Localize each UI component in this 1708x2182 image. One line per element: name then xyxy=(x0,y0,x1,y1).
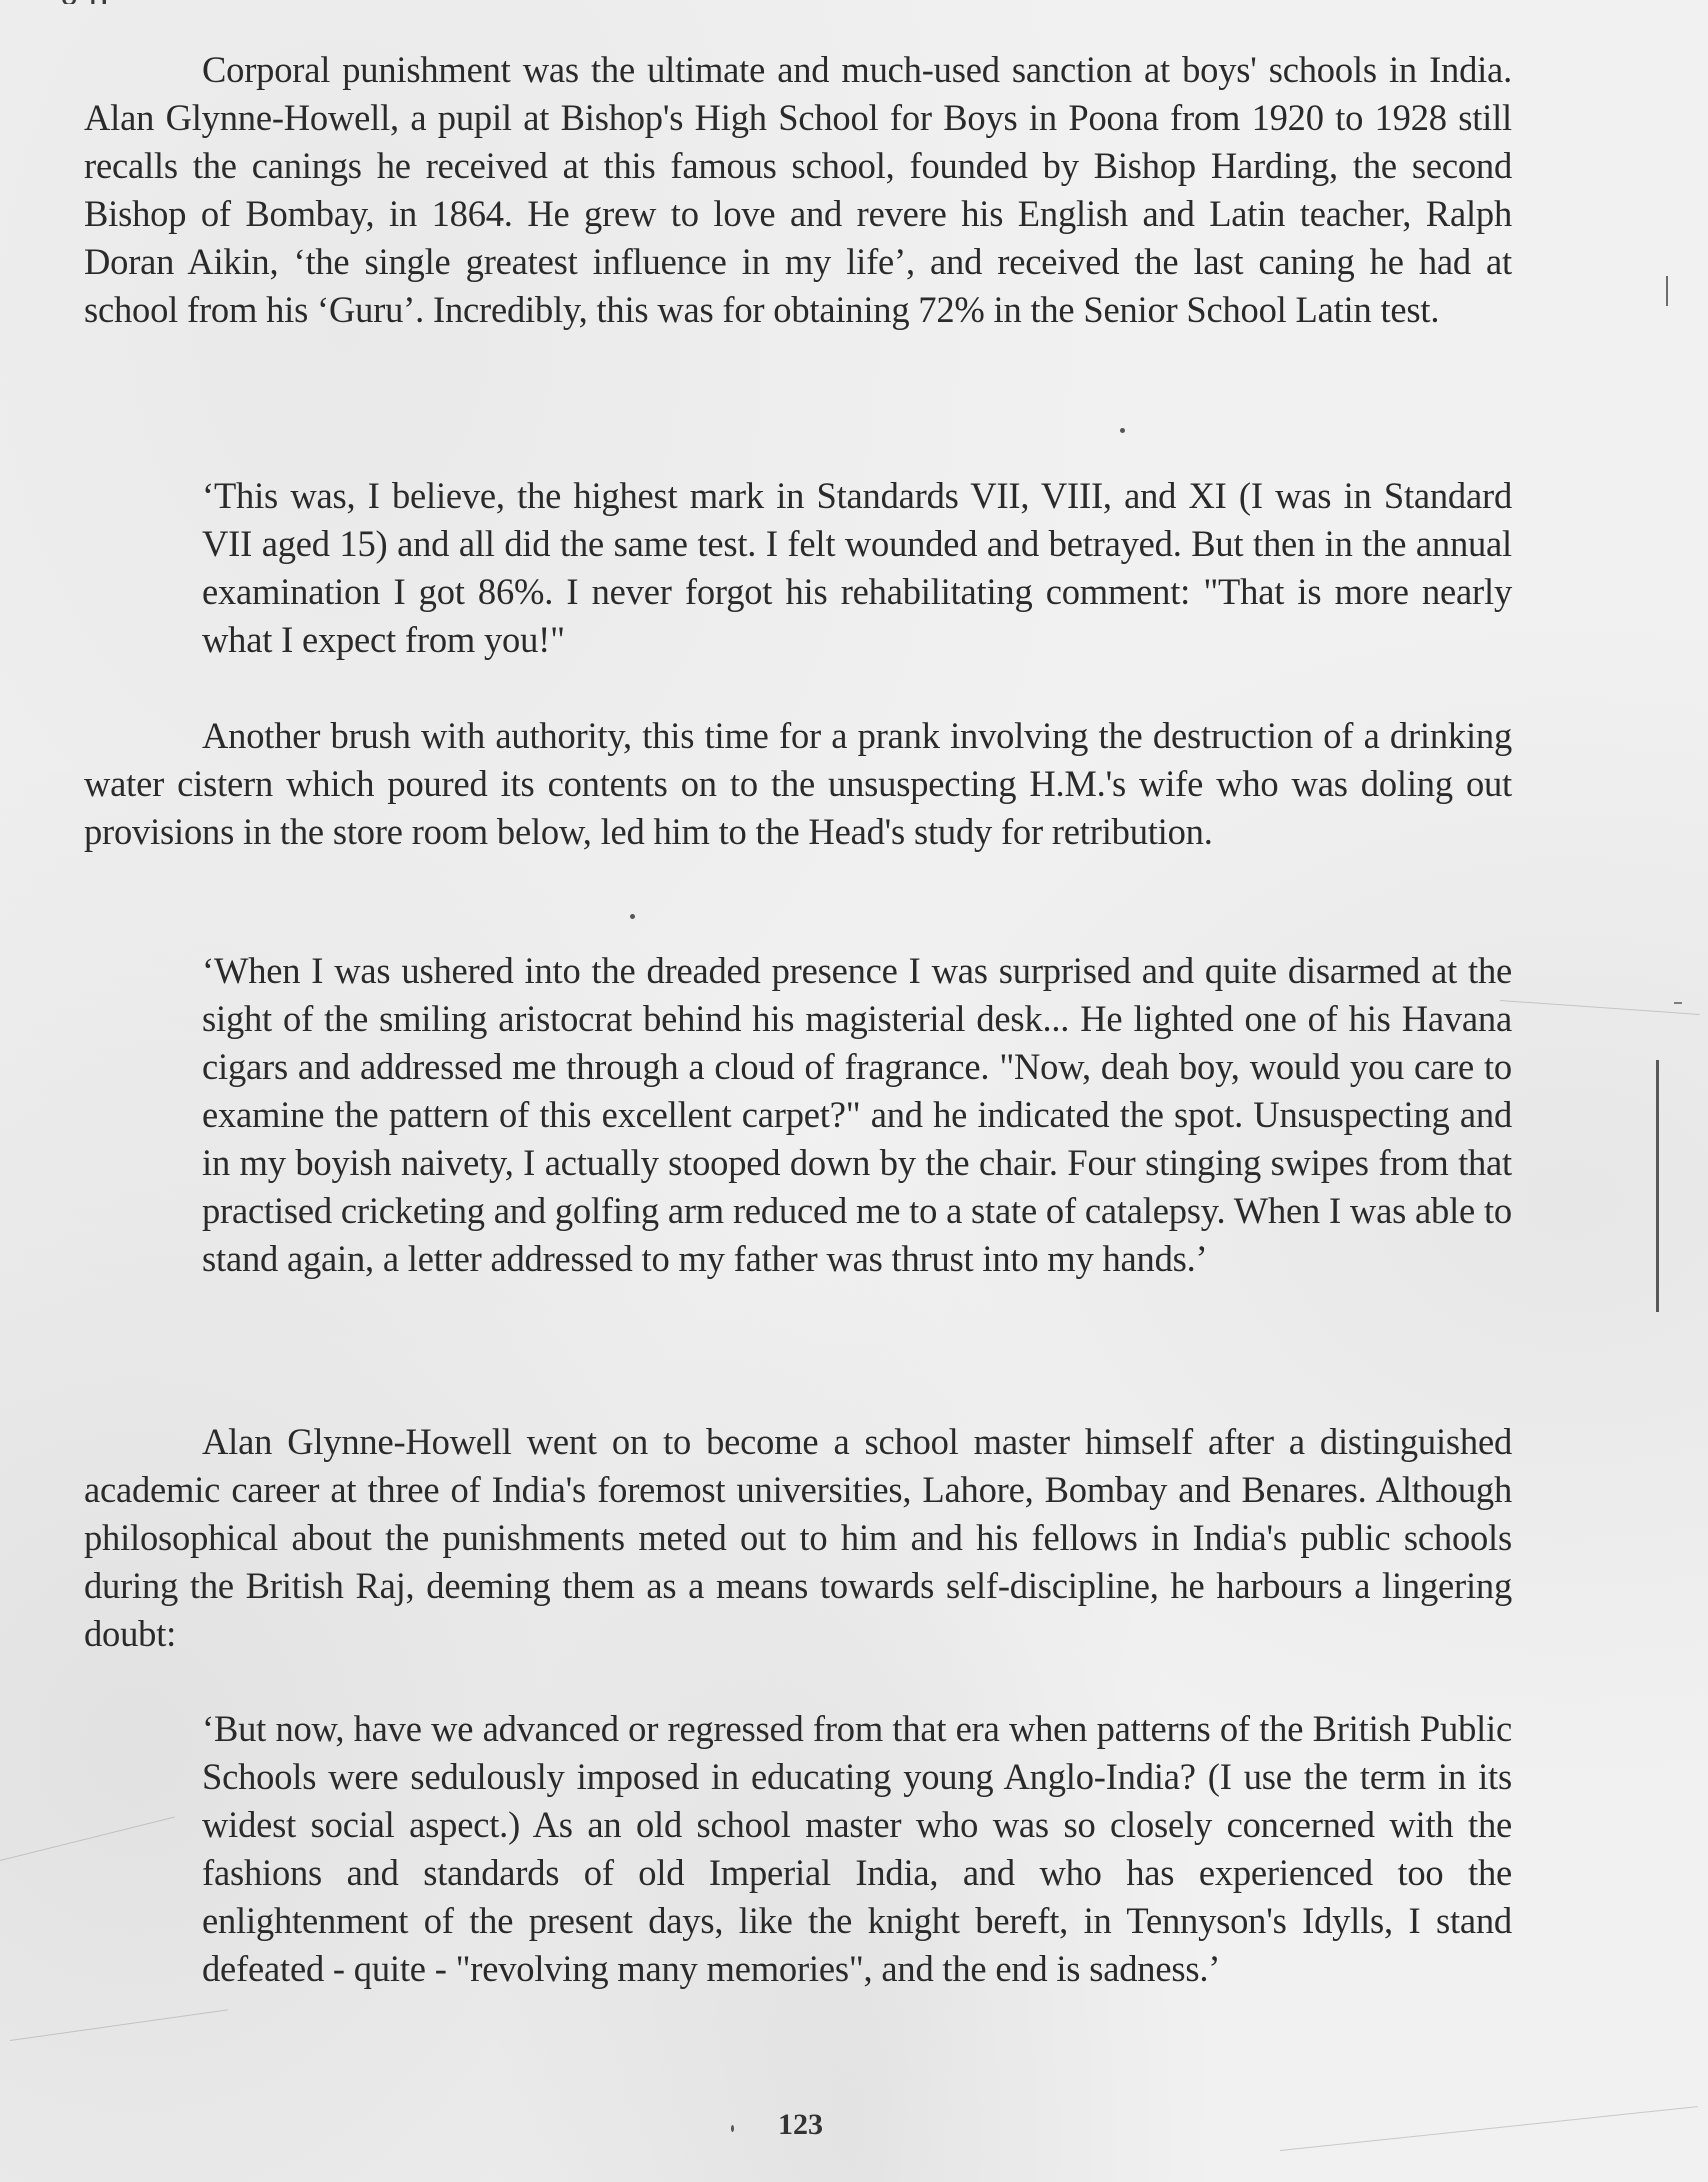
block-quote-lingering-doubt: ‘But now, have we advanced or regressed … xyxy=(202,1705,1512,1993)
margin-scan-mark xyxy=(1666,276,1668,306)
paragraph-text: Corporal punishment was the ultimate and… xyxy=(84,46,1512,334)
block-quote-heads-study: ‘When I was ushered into the dreaded pre… xyxy=(202,947,1512,1283)
paper-crease xyxy=(1280,2106,1698,2151)
paper-speck xyxy=(731,2125,734,2132)
paper-crease xyxy=(1500,1000,1700,1015)
cut-off-previous-line: g p , , xyxy=(60,0,1520,4)
scanned-book-page: g p , , Corporal punishment was the ulti… xyxy=(0,0,1708,2182)
paragraph-text: Another brush with authority, this time … xyxy=(84,712,1512,856)
paper-speck xyxy=(630,914,635,919)
page-number: 123 xyxy=(778,2108,823,2142)
paper-crease xyxy=(0,1816,175,1861)
margin-scan-mark xyxy=(1674,1002,1682,1004)
paragraph-text: Alan Glynne-Howell went on to become a s… xyxy=(84,1418,1512,1658)
block-quote-latin-test: ‘This was, I believe, the highest mark i… xyxy=(202,472,1512,664)
margin-scan-line xyxy=(1656,1060,1659,1312)
body-paragraph-corporal-punishment: Corporal punishment was the ultimate and… xyxy=(84,46,1512,334)
body-paragraph-prank: Another brush with authority, this time … xyxy=(84,712,1512,856)
quote-text: ‘But now, have we advanced or regressed … xyxy=(202,1705,1512,1993)
quote-text: ‘This was, I believe, the highest mark i… xyxy=(202,472,1512,664)
paper-speck xyxy=(1120,428,1125,433)
body-paragraph-later-career: Alan Glynne-Howell went on to become a s… xyxy=(84,1418,1512,1658)
quote-text: ‘When I was ushered into the dreaded pre… xyxy=(202,947,1512,1283)
paper-crease xyxy=(10,2009,228,2041)
